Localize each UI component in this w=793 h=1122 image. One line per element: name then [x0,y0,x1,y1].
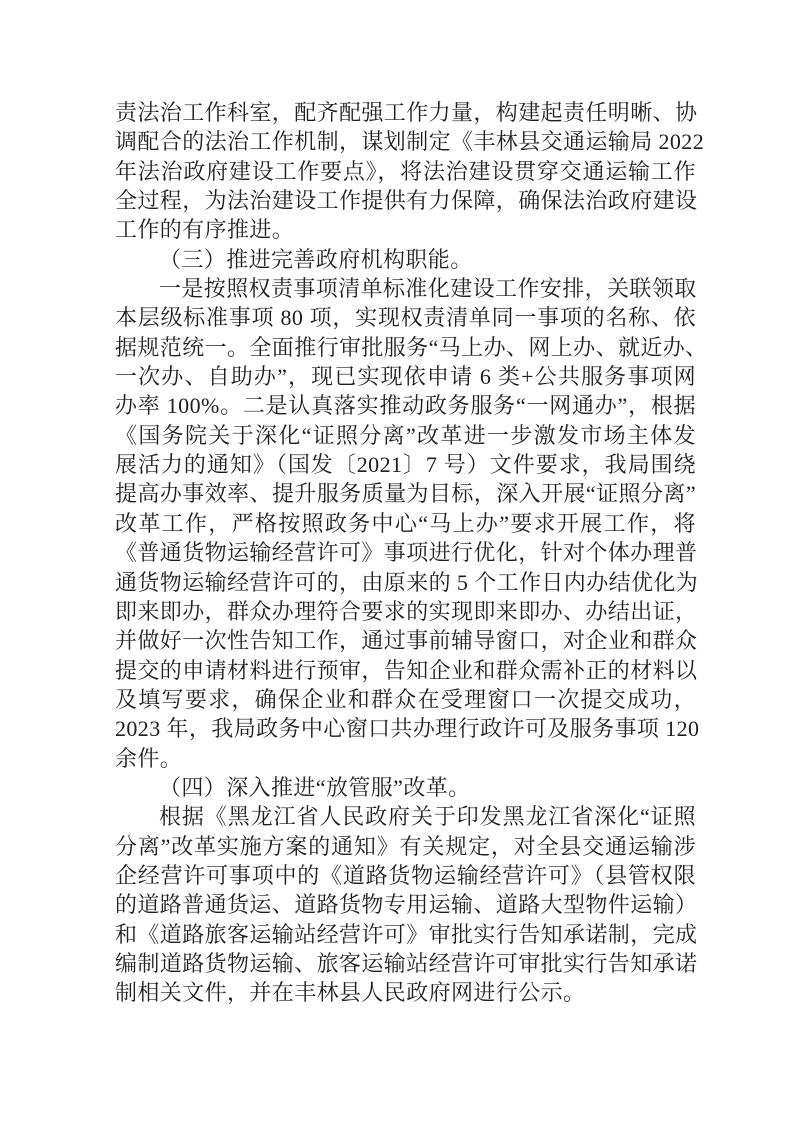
text-line: 一是按照权责事项清单标准化建设工作安排，关联领取 [115,274,696,303]
text-line: 据规范统一。全面推行审批服务“马上办、网上办、就近办、 [115,333,696,362]
text-line: 分离”改革实施方案的通知》有关规定，对全县交通运输涉 [115,832,696,861]
text-line: 即来即办，群众办理符合要求的实现即来即办、办结出证， [115,597,696,626]
text-line: 一次办、自助办”，现已实现依申请 6 类+公共服务事项网 [115,362,696,391]
text-line: 改革工作，严格按照政务中心“马上办”要求开展工作，将 [115,509,696,538]
text-line: 企经营许可事项中的《道路货物运输经营许可》（县管权限 [115,861,696,890]
text-line: 年法治政府建设工作要点》，将法治建设贯穿交通运输工作 [115,157,696,186]
text-line: 展活力的通知》（国发〔2021〕7 号）文件要求，我局围绕 [115,450,696,479]
text-line: 《普通货物运输经营许可》事项进行优化，针对个体办理普 [115,538,696,567]
section-heading-3: （三）推进完善政府机构职能。 [115,245,696,274]
text-line: 办率 100%。二是认真落实推动政务服务“一网通办”，根据 [115,391,696,420]
text-line: 提交的申请材料进行预审，告知企业和群众需补正的材料以 [115,656,696,685]
text-line: 及填写要求，确保企业和群众在受理窗口一次提交成功， [115,685,696,714]
text-line: 本层级标准事项 80 项，实现权责清单同一事项的名称、依 [115,303,696,332]
text-line: 工作的有序推进。 [115,215,696,244]
text-line: 调配合的法治工作机制，谋划制定《丰林县交通运输局 2022 [115,127,696,156]
document-text-block: 责法治工作科室，配齐配强工作力量，构建起责任明晰、协 调配合的法治工作机制，谋划… [115,98,696,1008]
text-line: 并做好一次性告知工作，通过事前辅导窗口，对企业和群众 [115,626,696,655]
text-line: 《国务院关于深化“证照分离”改革进一步激发市场主体发 [115,421,696,450]
text-line: 的道路普通货运、道路货物专用运输、道路大型物件运输） [115,890,696,919]
text-line: 余件。 [115,744,696,773]
text-line: 编制道路货物运输、旅客运输站经营许可审批实行告知承诺 [115,949,696,978]
document-page: 责法治工作科室，配齐配强工作力量，构建起责任明晰、协 调配合的法治工作机制，谋划… [0,0,793,1122]
text-line: 提高办事效率、提升服务质量为目标，深入开展“证照分离” [115,479,696,508]
text-line: 2023 年，我局政务中心窗口共办理行政许可及服务事项 120 [115,714,696,743]
text-line: 和《道路旅客运输站经营许可》审批实行告知承诺制，完成 [115,920,696,949]
text-line: 全过程，为法治建设工作提供有力保障，确保法治政府建设 [115,186,696,215]
section-heading-4: （四）深入推进“放管服”改革。 [115,773,696,802]
text-line: 根据《黑龙江省人民政府关于印发黑龙江省深化“证照 [115,802,696,831]
text-line: 责法治工作科室，配齐配强工作力量，构建起责任明晰、协 [115,98,696,127]
text-line: 制相关文件，并在丰林县人民政府网进行公示。 [115,978,696,1007]
text-line: 通货物运输经营许可的，由原来的 5 个工作日内办结优化为 [115,568,696,597]
